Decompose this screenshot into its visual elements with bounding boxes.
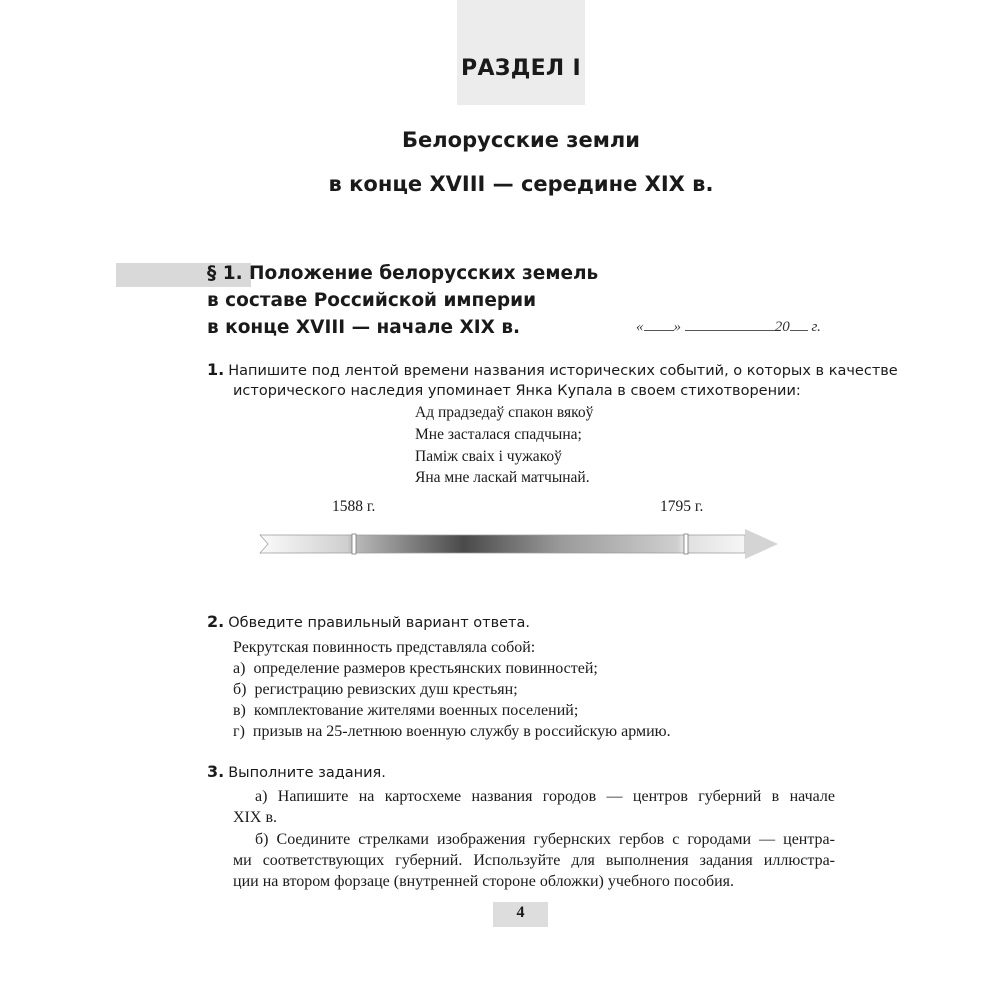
day-blank[interactable] [644, 318, 674, 331]
task-1-instruction-text: Напишите под лентой времени названия ист… [228, 363, 898, 379]
page-number: 4 [493, 904, 548, 922]
date-close-quote: » [674, 319, 682, 335]
chapter-title-line-1: Белорусские земли [300, 128, 742, 152]
poem-line-2: Мне засталася спадчына; [415, 424, 582, 446]
task-2-question: Рекрутская повинность представляла собой… [233, 637, 535, 658]
timeline-start-label: 1588 г. [332, 498, 375, 516]
answer-option-b[interactable]: б) регистрацию ревизских душ крестьян; [233, 679, 518, 700]
option-text: определение размеров крестьянских повинн… [253, 660, 597, 677]
option-letter: а) [233, 660, 245, 677]
timeline-arrow [255, 525, 785, 565]
task-2-number: 2. [207, 612, 224, 631]
subtask-b-line-1: б) Соедините стрелками изображения губер… [255, 829, 835, 850]
task-2-instruction: 2.Обведите правильный вариант ответа. [207, 612, 530, 633]
paragraph-number: § 1. [207, 263, 243, 284]
year-blank[interactable] [790, 318, 808, 331]
task-3-number: 3. [207, 762, 224, 781]
option-letter: в) [233, 702, 246, 719]
timeline-end-label: 1795 г. [660, 498, 703, 516]
timeline-marker-end [684, 534, 688, 554]
subtask-b-line-3: ции на втором форзаце (внутренней сторон… [233, 871, 734, 892]
date-field[interactable]: «» 20 г. [636, 318, 821, 336]
year-suffix: г. [812, 319, 821, 335]
section-label: РАЗДЕЛ I [457, 56, 585, 81]
task-1-number: 1. [207, 360, 224, 379]
paragraph-title-text-1: Положение белорусских земель [249, 263, 598, 284]
task-3-instruction: 3.Выполните задания. [207, 762, 386, 783]
answer-option-g[interactable]: г) призыв на 25-летнюю военную службу в … [233, 721, 671, 742]
answer-option-a[interactable]: а) определение размеров крестьянских пов… [233, 658, 598, 679]
task-1-instruction-line-2: исторического наследия упоминает Янка Ку… [233, 381, 801, 401]
paragraph-title-line-2: в составе Российской империи [207, 288, 536, 314]
date-open-quote: « [636, 319, 644, 335]
option-letter: г) [233, 723, 245, 740]
poem-line-3: Паміж сваіх і чужакоў [415, 446, 562, 468]
subtask-a-line-1: а) Напишите на картосхеме названия город… [255, 786, 835, 807]
timeline-marker-start [352, 534, 356, 554]
subtask-b-line-2: ми соответствующих губерний. Используйте… [233, 850, 835, 871]
chapter-title-line-2: в конце XVIII — середине XIX в. [300, 172, 742, 196]
month-blank[interactable] [685, 318, 775, 331]
option-text: комплектование жителями военных поселени… [254, 702, 578, 719]
paragraph-title-line-1: § 1. Положение белорусских земель [207, 261, 598, 287]
option-letter: б) [233, 681, 246, 698]
task-3-instruction-text: Выполните задания. [228, 765, 386, 781]
option-text: призыв на 25-летнюю военную службу в рос… [253, 723, 671, 740]
paragraph-title-line-3: в конце XVIII — начале XIX в. [207, 315, 520, 341]
poem-line-4: Яна мне ласкай матчынай. [415, 467, 590, 489]
answer-option-v[interactable]: в) комплектование жителями военных посел… [233, 700, 578, 721]
year-prefix: 20 [775, 319, 790, 335]
task-1-instruction-line-1: 1.Напишите под лентой времени названия и… [207, 360, 898, 381]
task-2-instruction-text: Обведите правильный вариант ответа. [228, 615, 530, 631]
timeline-band [260, 535, 745, 553]
poem-line-1: Ад прадзедаў спакон вякоў [415, 402, 593, 424]
subtask-a-line-2: XIX в. [233, 807, 277, 828]
section-header-box [457, 0, 585, 105]
timeline-arrowhead [745, 529, 778, 559]
option-text: регистрацию ревизских душ крестьян; [254, 681, 517, 698]
